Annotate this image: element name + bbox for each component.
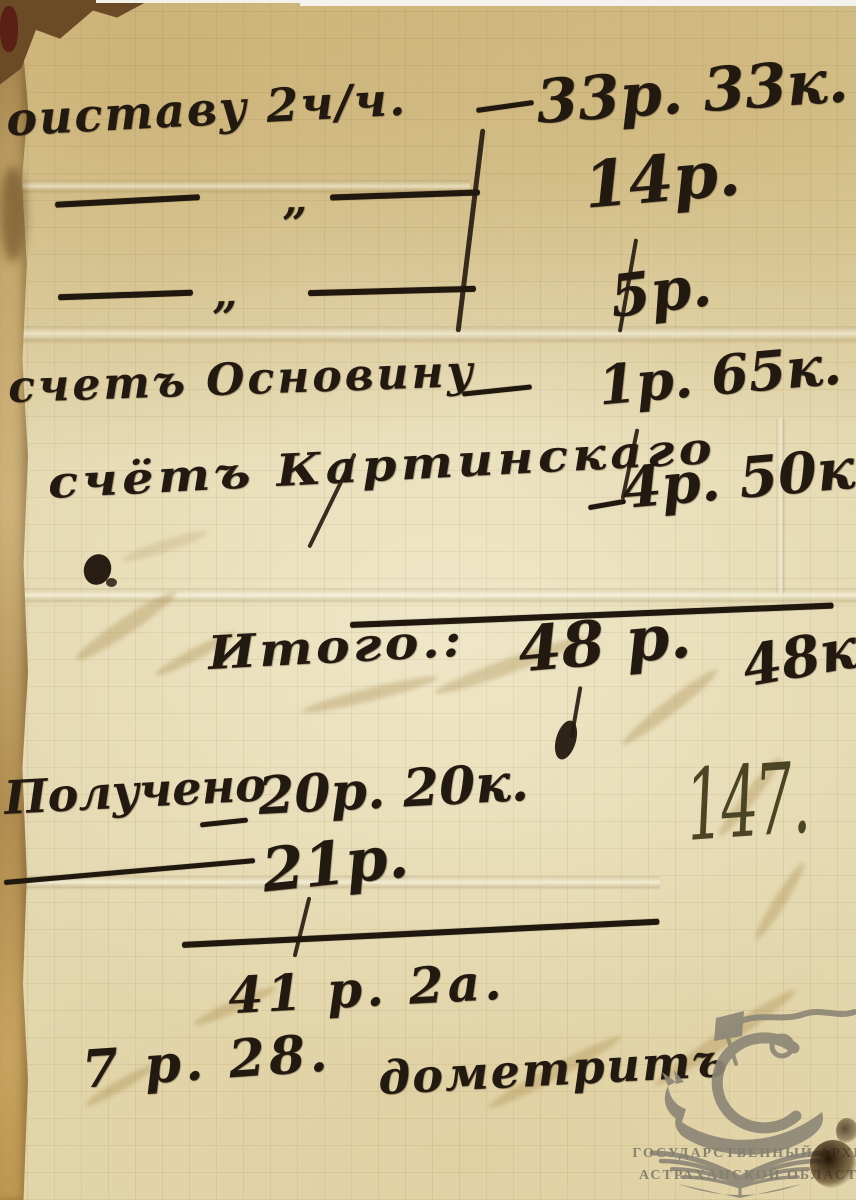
- binding-spot: [0, 6, 18, 52]
- underline-stroke: [4, 858, 255, 885]
- ditto-dash: [308, 286, 476, 296]
- edge-dark-blotch: [0, 166, 26, 262]
- entry-10-label: 7 р. 28.: [80, 1027, 332, 1096]
- entry-7-dash: [200, 818, 248, 828]
- ink-bleed-stain: [301, 671, 440, 717]
- ditto-dash: [55, 194, 200, 208]
- entry-7-label: Получено: [3, 761, 267, 821]
- ink-bleed-stain: [72, 586, 180, 666]
- underline-stroke: [182, 919, 660, 948]
- page-top-edge: [300, 0, 856, 6]
- page-top-edge: [96, 0, 300, 3]
- dirt-smudge: [836, 1118, 856, 1144]
- ink-bleed-stain: [618, 665, 721, 750]
- total-rubles: 48 р.: [516, 605, 694, 682]
- ditto-dash: [58, 290, 193, 301]
- entry-4-label: счетъ Основину: [7, 350, 476, 410]
- entry-5-dash: [588, 499, 626, 511]
- entry-3-amount: 5р.: [607, 256, 714, 326]
- document-scan: оиставу 2ч/ч. 33р. 33к. „ 14р. „ 5р. сче…: [0, 0, 856, 1200]
- entry-9-amount: 41 р. 2а.: [227, 957, 507, 1021]
- dirt-smudge: [810, 1140, 856, 1188]
- ditto-quote: „: [281, 178, 308, 223]
- entry-2-amount: 14р.: [582, 141, 743, 218]
- ditto-dash: [330, 189, 480, 200]
- entry-1-label: оиставу 2ч/ч.: [5, 76, 408, 143]
- ink-blot: [551, 718, 581, 762]
- entry-8-amount: 21р.: [259, 827, 411, 902]
- ink-bleed-stain: [120, 526, 209, 565]
- fold-crease: [0, 588, 856, 604]
- entry-1-dash: [476, 100, 534, 113]
- ink-blot: [106, 578, 117, 587]
- pen-flourish: [456, 128, 486, 332]
- ditto-quote: „: [211, 272, 238, 317]
- total-kopecks: 48к.: [738, 617, 856, 696]
- total-label: Итого.:: [207, 617, 466, 676]
- entry-7-amount: 20р. 20к.: [257, 757, 530, 823]
- ink-bleed-stain: [751, 860, 809, 943]
- pen-flourish: [293, 896, 312, 957]
- entry-1-amount: 33р. 33к.: [534, 51, 850, 133]
- entry-4-amount: 1р. 65к.: [596, 337, 843, 412]
- entry-5-label: счётъ Картинскаго: [47, 427, 717, 506]
- folio-number: 147.: [683, 750, 811, 856]
